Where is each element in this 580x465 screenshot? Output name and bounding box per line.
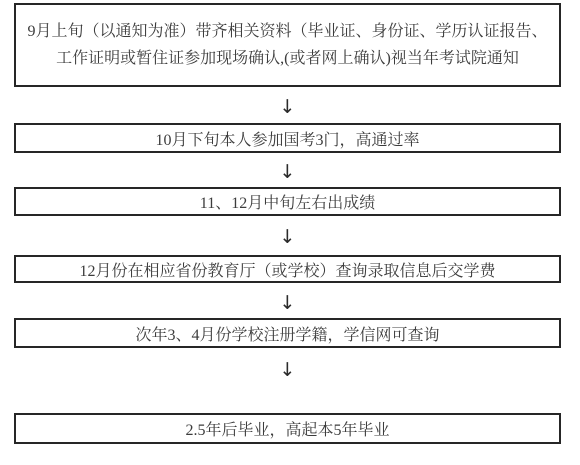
flow-step-label: 9月上旬（以通知为准）带齐相关资料（毕业证、身份证、学历认证报告、工作证明或暂住… (26, 18, 549, 72)
flow-step-admission-tuition: 12月份在相应省份教育厅（或学校）查询录取信息后交学费 (14, 255, 561, 283)
flow-step-label: 12月份在相应省份教育厅（或学校）查询录取信息后交学费 (16, 258, 559, 281)
flow-step-student-registration: 次年3、4月份学校注册学籍，学信网可查询 (14, 318, 561, 348)
flow-step-label: 11、12月中旬左右出成绩 (16, 190, 559, 213)
flow-step-label: 2.5年后毕业，高起本5年毕业 (16, 417, 559, 440)
flow-step-label: 次年3、4月份学校注册学籍，学信网可查询 (16, 322, 559, 345)
down-arrow-icon: ↓ (14, 228, 561, 247)
enrollment-flowchart: 9月上旬（以通知为准）带齐相关资料（毕业证、身份证、学历认证报告、工作证明或暂住… (0, 0, 580, 465)
flow-step-national-exam: 10月下旬本人参加国考3门，高通过率 (14, 123, 561, 153)
flow-step-registration: 9月上旬（以通知为准）带齐相关资料（毕业证、身份证、学历认证报告、工作证明或暂住… (14, 3, 561, 87)
down-arrow-icon: ↓ (14, 163, 561, 182)
flow-step-results: 11、12月中旬左右出成绩 (14, 187, 561, 216)
down-arrow-icon: ↓ (14, 361, 561, 380)
flow-step-label: 10月下旬本人参加国考3门，高通过率 (16, 127, 559, 150)
down-arrow-icon: ↓ (14, 98, 561, 117)
flow-step-graduation: 2.5年后毕业，高起本5年毕业 (14, 413, 561, 444)
down-arrow-icon: ↓ (14, 294, 561, 313)
